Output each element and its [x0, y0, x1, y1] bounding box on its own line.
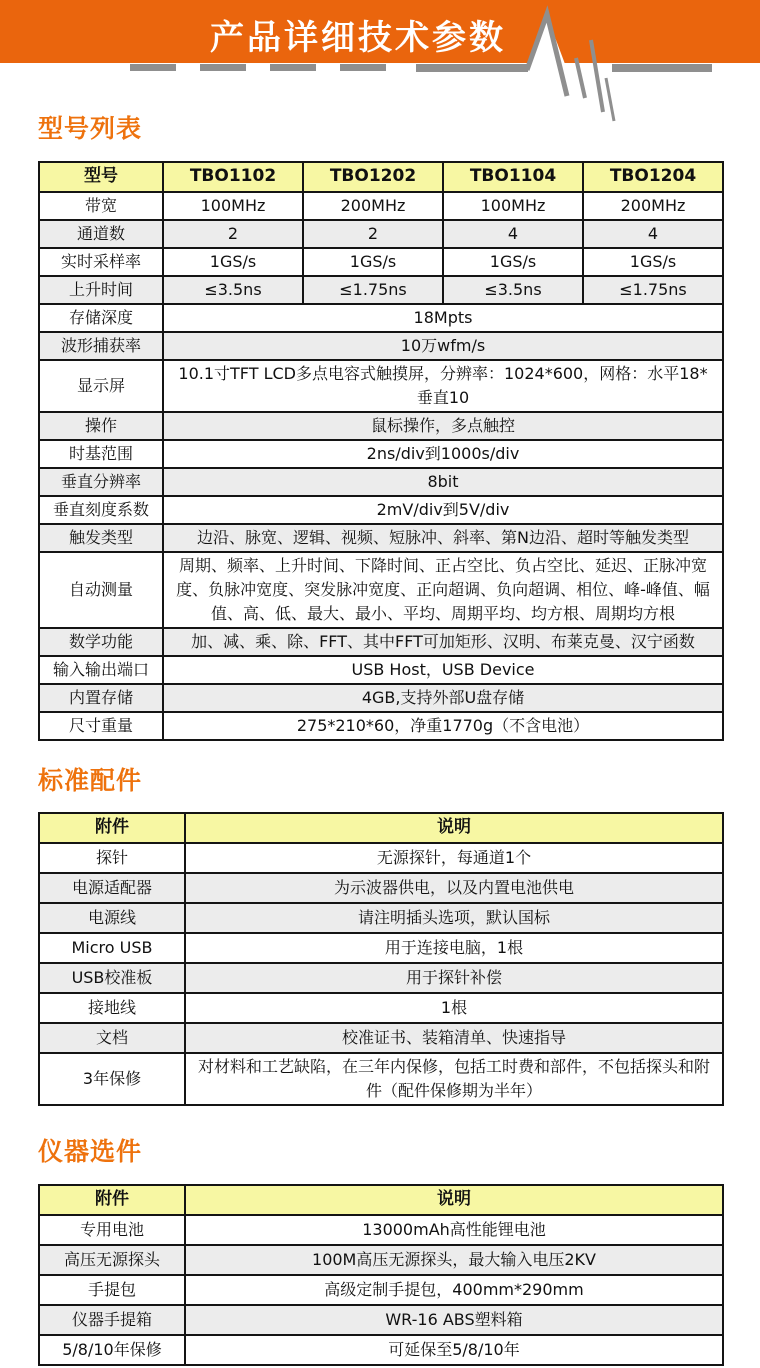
- banner-shadow-left: [416, 64, 528, 72]
- table-row: 显示屏10.1寸TFT LCD多点电容式触摸屏，分辨率：1024*600，网格：…: [39, 360, 723, 412]
- column-header: TBO1202: [303, 162, 443, 192]
- table-row: 数学功能加、减、乘、除、FFT、其中FFT可加矩形、汉明、布莱克曼、汉宁函数: [39, 628, 723, 656]
- model-spec-table: 型号TBO1102TBO1202TBO1104TBO1204带宽100MHz20…: [38, 161, 724, 741]
- table-row: 输入输出端口USB Host，USB Device: [39, 656, 723, 684]
- table-row: 通道数2244: [39, 220, 723, 248]
- column-header: 说明: [185, 1185, 723, 1215]
- row-label-cell: 手提包: [39, 1275, 185, 1305]
- section-instrument-options: 仪器选件 附件说明专用电池13000mAh高性能锂电池高压无源探头100M高压无…: [0, 1136, 760, 1366]
- row-value-cell: 200MHz: [583, 192, 723, 220]
- row-label-cell: 5/8/10年保修: [39, 1335, 185, 1365]
- row-value-cell: 用于连接电脑，1根: [185, 933, 723, 963]
- accessory-table: 附件说明探针无源探针，每通道1个电源适配器为示波器供电，以及内置电池供电电源线请…: [38, 812, 724, 1106]
- row-label-cell: 实时采样率: [39, 248, 163, 276]
- row-label-cell: 时基范围: [39, 440, 163, 468]
- row-label-cell: 通道数: [39, 220, 163, 248]
- row-value-cell: 2mV/div到5V/div: [163, 496, 723, 524]
- row-value-cell: ≤1.75ns: [303, 276, 443, 304]
- table-row: 专用电池13000mAh高性能锂电池: [39, 1215, 723, 1245]
- column-header: TBO1102: [163, 162, 303, 192]
- row-label-cell: 高压无源探头: [39, 1245, 185, 1275]
- row-value-cell: 10万wfm/s: [163, 332, 723, 360]
- row-label-cell: 垂直刻度系数: [39, 496, 163, 524]
- table-row: 探针无源探针，每通道1个: [39, 843, 723, 873]
- row-label-cell: 存储深度: [39, 304, 163, 332]
- row-value-cell: 100M高压无源探头，最大输入电压2KV: [185, 1245, 723, 1275]
- row-value-cell: 1GS/s: [443, 248, 583, 276]
- row-value-cell: 13000mAh高性能锂电池: [185, 1215, 723, 1245]
- row-value-cell: ≤1.75ns: [583, 276, 723, 304]
- column-header: 型号: [39, 162, 163, 192]
- table-row: 波形捕获率10万wfm/s: [39, 332, 723, 360]
- row-value-cell: 100MHz: [443, 192, 583, 220]
- row-value-cell: 4: [443, 220, 583, 248]
- table-row: 自动测量周期、频率、上升时间、下降时间、正占空比、负占空比、延迟、正脉冲宽度、负…: [39, 552, 723, 628]
- row-label-cell: 输入输出端口: [39, 656, 163, 684]
- row-value-cell: ≤3.5ns: [163, 276, 303, 304]
- row-label-cell: USB校准板: [39, 963, 185, 993]
- options-table: 附件说明专用电池13000mAh高性能锂电池高压无源探头100M高压无源探头，最…: [38, 1184, 724, 1366]
- row-value-cell: 可延保至5/8/10年: [185, 1335, 723, 1365]
- column-header: 附件: [39, 1185, 185, 1215]
- row-value-cell: 8bit: [163, 468, 723, 496]
- header-row: 型号TBO1102TBO1202TBO1104TBO1204: [39, 162, 723, 192]
- table-row: 触发类型边沿、脉宽、逻辑、视频、短脉冲、斜率、第N边沿、超时等触发类型: [39, 524, 723, 552]
- row-value-cell: 1GS/s: [163, 248, 303, 276]
- section-title-options: 仪器选件: [38, 1136, 760, 1169]
- row-label-cell: 数学功能: [39, 628, 163, 656]
- row-value-cell: USB Host，USB Device: [163, 656, 723, 684]
- table-row: USB校准板用于探针补偿: [39, 963, 723, 993]
- row-value-cell: WR-16 ABS塑料箱: [185, 1305, 723, 1335]
- table-row: 3年保修对材料和工艺缺陷，在三年内保修，包括工时费和部件，不包括探头和附件（配件…: [39, 1053, 723, 1105]
- header-row: 附件说明: [39, 813, 723, 843]
- row-label-cell: 波形捕获率: [39, 332, 163, 360]
- page-title: 产品详细技术参数: [0, 0, 716, 63]
- row-value-cell: 无源探针，每通道1个: [185, 843, 723, 873]
- table-row: 电源适配器为示波器供电，以及内置电池供电: [39, 873, 723, 903]
- table-row: Micro USB用于连接电脑，1根: [39, 933, 723, 963]
- row-value-cell: 100MHz: [163, 192, 303, 220]
- row-value-cell: 18Mpts: [163, 304, 723, 332]
- row-label-cell: 电源线: [39, 903, 185, 933]
- table-row: 实时采样率1GS/s1GS/s1GS/s1GS/s: [39, 248, 723, 276]
- column-header: TBO1204: [583, 162, 723, 192]
- row-value-cell: 请注明插头选项，默认国标: [185, 903, 723, 933]
- header-row: 附件说明: [39, 1185, 723, 1215]
- row-value-cell: 鼠标操作，多点触控: [163, 412, 723, 440]
- table-row: 仪器手提箱WR-16 ABS塑料箱: [39, 1305, 723, 1335]
- table-row: 尺寸重量275*210*60，净重1770g（不含电池）: [39, 712, 723, 740]
- row-value-cell: 用于探针补偿: [185, 963, 723, 993]
- table-row: 存储深度18Mpts: [39, 304, 723, 332]
- table-row: 内置存储4GB,支持外部U盘存储: [39, 684, 723, 712]
- row-label-cell: 显示屏: [39, 360, 163, 412]
- row-value-cell: ≤3.5ns: [443, 276, 583, 304]
- table-row: 手提包高级定制手提包，400mm*290mm: [39, 1275, 723, 1305]
- banner: 产品详细技术参数: [0, 0, 760, 63]
- row-label-cell: 自动测量: [39, 552, 163, 628]
- table-row: 5/8/10年保修可延保至5/8/10年: [39, 1335, 723, 1365]
- row-label-cell: 3年保修: [39, 1053, 185, 1105]
- row-label-cell: 专用电池: [39, 1215, 185, 1245]
- row-label-cell: 操作: [39, 412, 163, 440]
- row-value-cell: 加、减、乘、除、FFT、其中FFT可加矩形、汉明、布莱克曼、汉宁函数: [163, 628, 723, 656]
- banner-shadow-dashes: [130, 64, 406, 71]
- row-value-cell: 2: [163, 220, 303, 248]
- row-label-cell: 触发类型: [39, 524, 163, 552]
- column-header: TBO1104: [443, 162, 583, 192]
- page-header: 产品详细技术参数: [0, 0, 760, 63]
- row-label-cell: 电源适配器: [39, 873, 185, 903]
- row-value-cell: 275*210*60，净重1770g（不含电池）: [163, 712, 723, 740]
- row-value-cell: 2ns/div到1000s/div: [163, 440, 723, 468]
- banner-shadow-right: [612, 64, 712, 72]
- table-row: 文档校准证书、装箱清单、快速指导: [39, 1023, 723, 1053]
- table-row: 接地线1根: [39, 993, 723, 1023]
- section-title-accessories: 标准配件: [38, 765, 760, 798]
- row-label-cell: 内置存储: [39, 684, 163, 712]
- row-value-cell: 1根: [185, 993, 723, 1023]
- row-value-cell: 为示波器供电，以及内置电池供电: [185, 873, 723, 903]
- section-model-list: 型号列表 型号TBO1102TBO1202TBO1104TBO1204带宽100…: [0, 113, 760, 741]
- table-row: 操作鼠标操作，多点触控: [39, 412, 723, 440]
- column-header: 说明: [185, 813, 723, 843]
- row-label-cell: 仪器手提箱: [39, 1305, 185, 1335]
- row-value-cell: 校准证书、装箱清单、快速指导: [185, 1023, 723, 1053]
- section-title-models: 型号列表: [38, 113, 760, 146]
- row-label-cell: 垂直分辨率: [39, 468, 163, 496]
- row-label-cell: 文档: [39, 1023, 185, 1053]
- row-value-cell: 4GB,支持外部U盘存储: [163, 684, 723, 712]
- row-label-cell: 探针: [39, 843, 185, 873]
- row-value-cell: 高级定制手提包，400mm*290mm: [185, 1275, 723, 1305]
- row-value-cell: 200MHz: [303, 192, 443, 220]
- row-label-cell: 尺寸重量: [39, 712, 163, 740]
- table-row: 垂直刻度系数2mV/div到5V/div: [39, 496, 723, 524]
- column-header: 附件: [39, 813, 185, 843]
- row-value-cell: 对材料和工艺缺陷，在三年内保修，包括工时费和部件，不包括探头和附件（配件保修期为…: [185, 1053, 723, 1105]
- row-label-cell: 上升时间: [39, 276, 163, 304]
- row-value-cell: 10.1寸TFT LCD多点电容式触摸屏，分辨率：1024*600，网格：水平1…: [163, 360, 723, 412]
- table-row: 电源线请注明插头选项，默认国标: [39, 903, 723, 933]
- row-value-cell: 周期、频率、上升时间、下降时间、正占空比、负占空比、延迟、正脉冲宽度、负脉冲宽度…: [163, 552, 723, 628]
- row-value-cell: 边沿、脉宽、逻辑、视频、短脉冲、斜率、第N边沿、超时等触发类型: [163, 524, 723, 552]
- section-standard-accessories: 标准配件 附件说明探针无源探针，每通道1个电源适配器为示波器供电，以及内置电池供…: [0, 765, 760, 1107]
- row-value-cell: 4: [583, 220, 723, 248]
- table-row: 带宽100MHz200MHz100MHz200MHz: [39, 192, 723, 220]
- row-label-cell: 带宽: [39, 192, 163, 220]
- table-row: 高压无源探头100M高压无源探头，最大输入电压2KV: [39, 1245, 723, 1275]
- table-row: 上升时间≤3.5ns≤1.75ns≤3.5ns≤1.75ns: [39, 276, 723, 304]
- table-row: 时基范围2ns/div到1000s/div: [39, 440, 723, 468]
- row-value-cell: 2: [303, 220, 443, 248]
- table-row: 垂直分辨率8bit: [39, 468, 723, 496]
- row-label-cell: Micro USB: [39, 933, 185, 963]
- row-value-cell: 1GS/s: [583, 248, 723, 276]
- row-label-cell: 接地线: [39, 993, 185, 1023]
- row-value-cell: 1GS/s: [303, 248, 443, 276]
